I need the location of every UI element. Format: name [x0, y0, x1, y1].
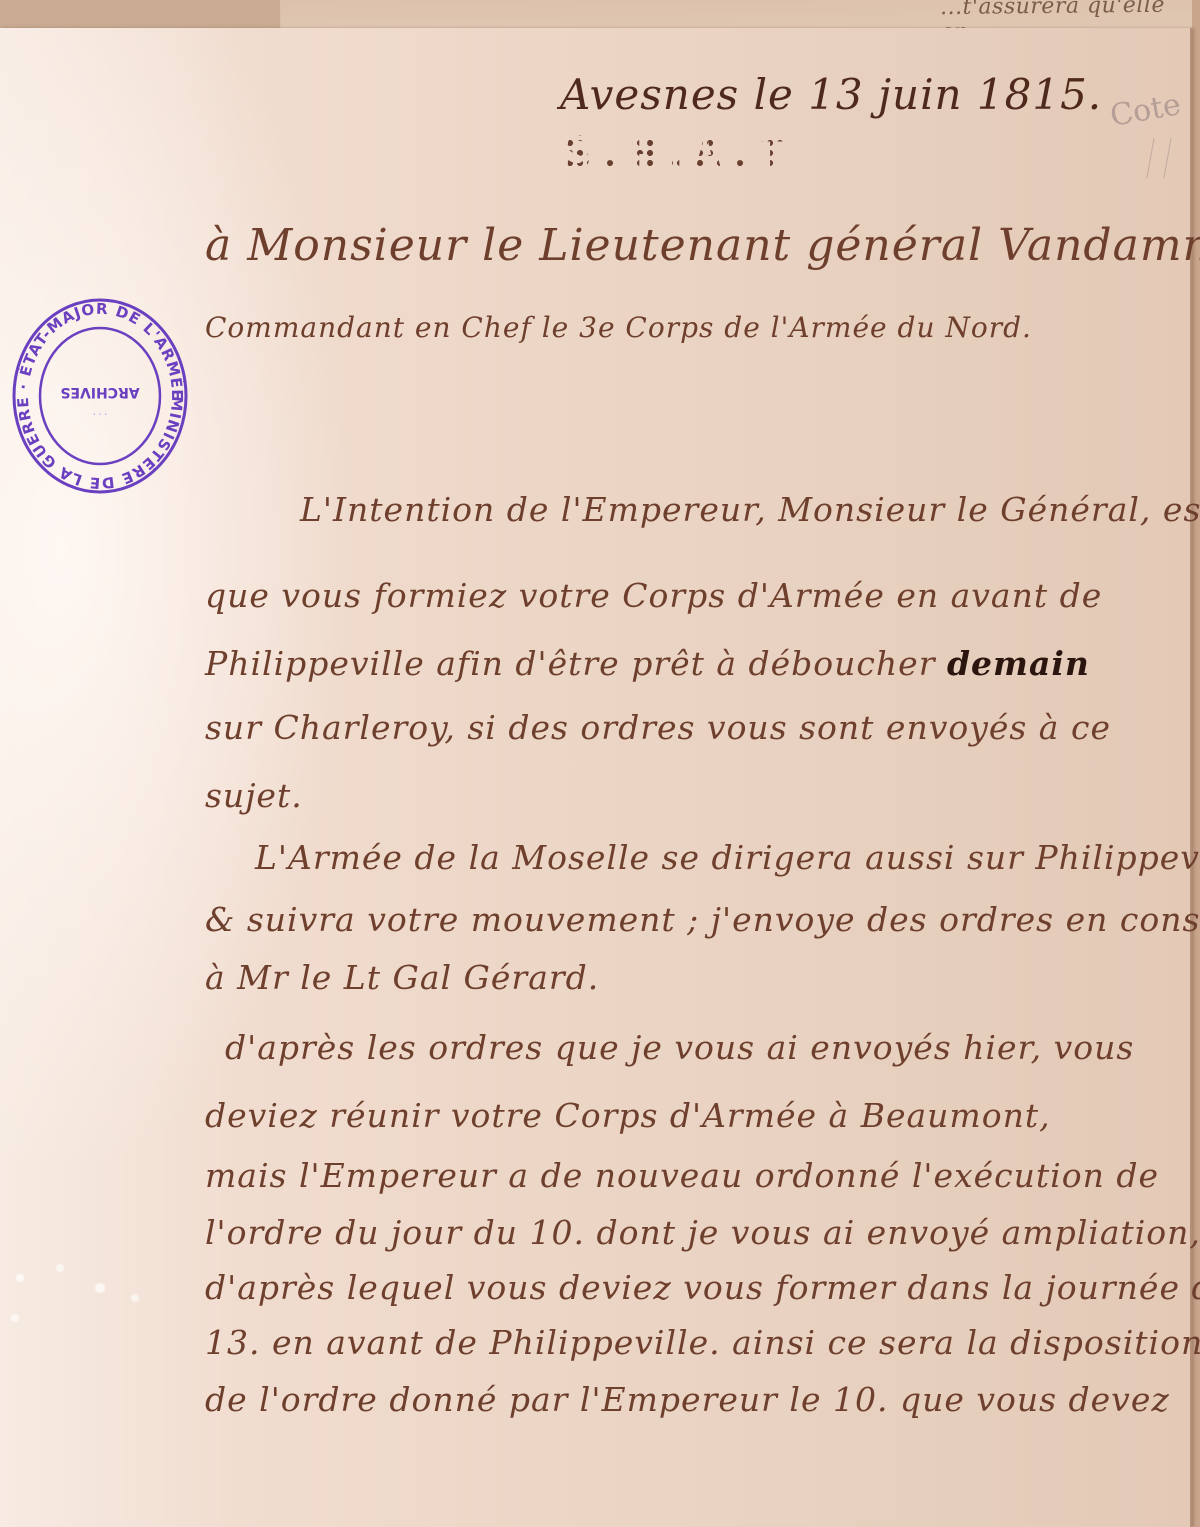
- stamp-inner-text: ARCHIVES: [60, 384, 139, 400]
- body-line-12: l'ordre du jour du 10. dont je vous ai e…: [205, 1213, 1200, 1252]
- embossed-marks: [0, 1248, 150, 1328]
- body-line-8: à Mr le Lt Gal Gérard.: [205, 958, 599, 997]
- body-line-2: que vous formiez votre Corps d'Armée en …: [205, 576, 1102, 615]
- body-line-14: 13. en avant de Philippeville. ainsi ce …: [205, 1323, 1200, 1362]
- archive-stamp: MINISTÈRE DE LA GUERRE · ÉTAT-MAJOR DE L…: [10, 296, 190, 496]
- address-recipient: à Monsieur le Lieutenant général Vandamm…: [205, 220, 1200, 271]
- letter-page: MINISTÈRE DE LA GUERRE · ÉTAT-MAJOR DE L…: [0, 28, 1192, 1527]
- body-line-6: L'Armée de la Moselle se dirigera aussi …: [255, 838, 1200, 877]
- body-line-11: mais l'Empereur a de nouveau ordonné l'e…: [205, 1156, 1159, 1195]
- pencil-note: Cote: [1107, 87, 1183, 134]
- body-line-9: d'après les ordres que je vous ai envoyé…: [225, 1028, 1134, 1067]
- body-line-5: sujet.: [205, 776, 303, 815]
- svg-text:· · ·: · · ·: [93, 408, 107, 418]
- stamp-icon: MINISTÈRE DE LA GUERRE · ÉTAT-MAJOR DE L…: [10, 296, 190, 496]
- perforation-stamp: S.H.A.T: [565, 128, 792, 179]
- body-line-13: d'après lequel vous deviez vous former d…: [205, 1268, 1200, 1307]
- struck-word: demain: [947, 644, 1090, 683]
- address-title: Commandant en Chef le 3e Corps de l'Armé…: [205, 311, 1032, 344]
- body-line-3-text: Philippeville afin d'être prêt à débouch…: [205, 644, 935, 683]
- body-line-1: L'Intention de l'Empereur, Monsieur le G…: [300, 490, 1200, 529]
- body-line-15: de l'ordre donné par l'Empereur le 10. q…: [205, 1380, 1170, 1419]
- pencil-mark: [1146, 138, 1171, 178]
- dateline: Avesnes le 13 juin 1815.: [560, 70, 1102, 119]
- body-line-4: sur Charleroy, si des ordres vous sont e…: [205, 708, 1111, 747]
- body-line-3: Philippeville afin d'être prêt à débouch…: [205, 644, 1090, 683]
- body-line-7: & suivra votre mouvement ; j'envoye des …: [205, 900, 1200, 939]
- body-line-10: deviez réunir votre Corps d'Armée à Beau…: [205, 1096, 1051, 1135]
